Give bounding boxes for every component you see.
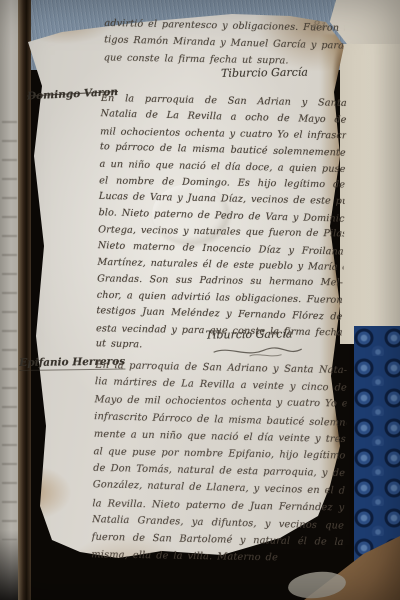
priest-signature: Tiburcio García (174, 327, 324, 342)
handwritten-content: 81 advirtió el parentesco y obligaciones… (11, 5, 371, 578)
signature-rubric-icon (211, 343, 303, 361)
priest-signature: Tiburcio García (189, 65, 339, 80)
previous-entry-fragment: advirtió el parentesco y obligaciones. F… (104, 15, 345, 71)
handwritten-line: misma, ella de la villa. Materno de (91, 547, 343, 568)
baptism-entry-text: En la parroquia de San Adriano y Santa N… (91, 357, 347, 569)
baptism-entry-text: En la parroquia de San Adrian y SantaNat… (96, 91, 347, 359)
manuscript-photo: 81 advirtió el parentesco y obligaciones… (0, 0, 400, 600)
